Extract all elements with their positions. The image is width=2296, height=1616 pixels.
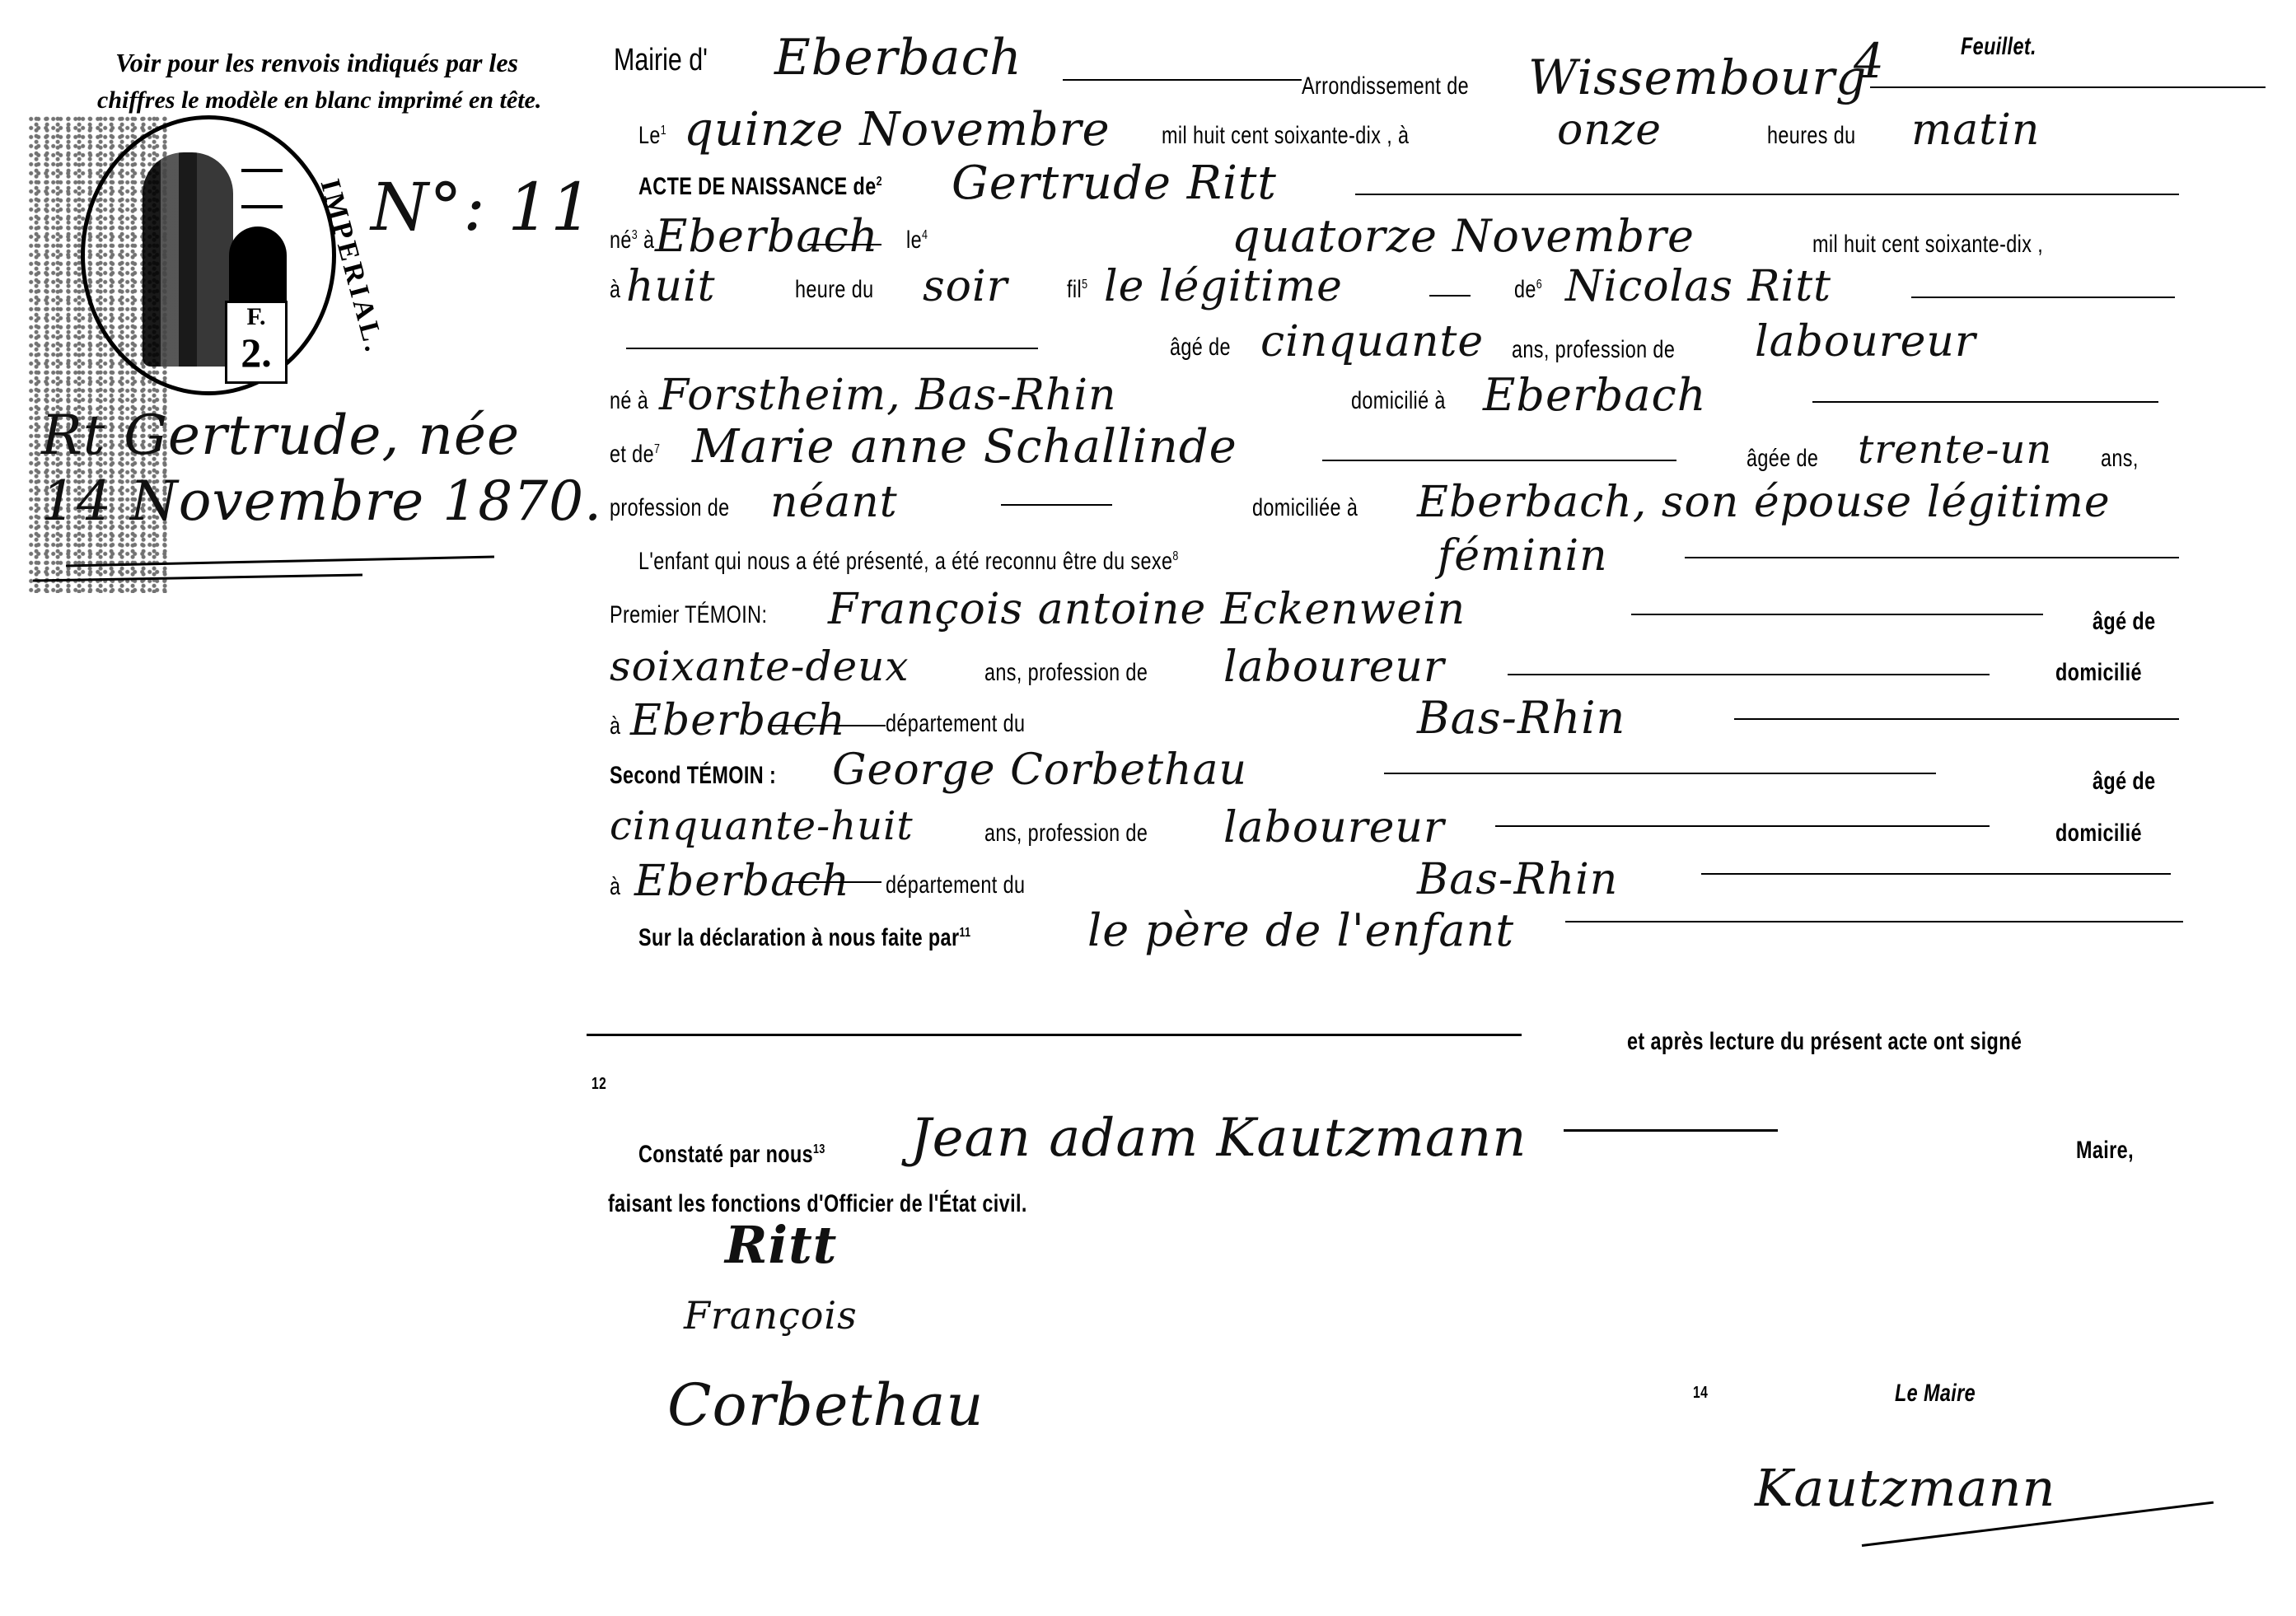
hours-value: matin [1911, 105, 2040, 155]
rule [1701, 873, 2171, 875]
witness1-dept-label: département du [886, 710, 1025, 738]
mother-age-suffix: ans, [2101, 445, 2139, 473]
child-name: Gertrude Ritt [952, 156, 1277, 210]
mairie-label: Mairie d' [614, 43, 708, 78]
witness1-age-label: âgé de [2093, 608, 2155, 636]
father-profession: laboureur [1755, 317, 1976, 367]
feuillet-value: 4 [1854, 33, 1885, 89]
maire-signature: Kautzmann [1755, 1458, 2055, 1518]
hour-value: onze [1557, 105, 1662, 155]
rule [587, 1034, 1522, 1036]
rule [1355, 194, 2179, 195]
feuillet-label: Feuillet. [1961, 33, 2036, 61]
mother-prof-label: profession de [610, 494, 730, 522]
signature-francois: François [684, 1293, 858, 1338]
born-place: Eberbach [655, 210, 879, 262]
witness2-label: Second TÉMOIN : [610, 762, 776, 790]
mother-profession: néant [770, 478, 898, 527]
marginal-note-line1: Rt Gertrude, née [41, 404, 520, 467]
born-date-label: le4 [906, 227, 928, 255]
officer-name: Jean adam Kautzmann [910, 1108, 1527, 1169]
witness2-dept: Bas-Rhin [1417, 855, 1618, 904]
born-year-text: mil huit cent soixante-dix , [1812, 231, 2043, 259]
margin-instruction-line1: Voir pour les renvois indiqués par les [115, 48, 518, 78]
scales-icon [241, 169, 283, 208]
declaration-value: le père de l'enfant [1087, 904, 1514, 956]
note-12: 12 [592, 1075, 606, 1094]
rule [1565, 921, 2183, 922]
rule [791, 881, 881, 883]
mother-age-label: âgée de [1747, 445, 1818, 473]
born-at-hour-label: à [610, 276, 620, 304]
tax-stamp: F. 2. IMPERIAL. [81, 115, 336, 395]
rule [1001, 504, 1112, 506]
year-text: mil huit cent soixante-dix , à [1162, 122, 1409, 150]
rule [1631, 614, 2043, 615]
witness1-age: soixante-deux [610, 642, 910, 690]
witness2-domicile-label: domicilié [2055, 820, 2142, 848]
witness2-profession: laboureur [1223, 803, 1445, 852]
father-prof-label: ans, profession de [1512, 336, 1675, 364]
rule [1564, 1129, 1778, 1132]
maire-label: Maire, [2076, 1137, 2134, 1165]
marginal-note-line2: 14 Novembre 1870. [41, 469, 602, 533]
arrondissement-label: Arrondissement de [1302, 72, 1469, 100]
constate-label: Constaté par nous13 [638, 1141, 825, 1169]
rule [1870, 86, 2266, 88]
signature-ritt: Ritt [725, 1215, 837, 1275]
filiation-label: fil5 [1067, 276, 1087, 304]
rule [1063, 79, 1302, 81]
witness2-name: George Corbethau [832, 745, 1247, 795]
witness1-dept: Bas-Rhin [1417, 692, 1625, 744]
signature-corbethau: Corbethau [667, 1371, 984, 1439]
note-14: 14 [1693, 1384, 1708, 1403]
rule [1685, 557, 2179, 558]
father-domicile: Eberbach [1483, 369, 1707, 421]
rule [1384, 773, 1936, 774]
witness2-age-label: âgé de [2093, 768, 2155, 796]
born-hour-label: heure du [795, 276, 874, 304]
witness1-domicile: Eberbach [630, 696, 846, 745]
fonctions-text: faisant les fonctions d'Officier de l'Ét… [608, 1190, 1027, 1218]
rule [1734, 718, 2179, 720]
witness1-name: François antoine Eckenwein [828, 585, 1466, 634]
father-age-label: âgé de [1170, 334, 1231, 362]
rule [1495, 825, 1990, 827]
rule [1322, 460, 1676, 461]
arrondissement-value: Wissembourg [1528, 49, 1867, 105]
mother-domicile-label: domiciliée à [1252, 494, 1358, 522]
filiation-value: le légitime [1104, 262, 1343, 311]
mairie-value: Eberbach [774, 29, 1022, 86]
sex-text: L'enfant qui nous a été présenté, a été … [638, 548, 1179, 576]
hours-label: heures du [1767, 122, 1856, 150]
rule [626, 348, 1038, 349]
father-label: de6 [1514, 276, 1542, 304]
witness1-label: Premier TÉMOIN: [610, 601, 767, 629]
rule [1429, 295, 1471, 297]
born-hour-value: huit [626, 262, 716, 311]
rule [1508, 674, 1990, 675]
rule [1911, 297, 2175, 298]
rule [807, 244, 881, 245]
witness2-dept-label: département du [886, 871, 1025, 899]
witness2-domicile-prefix: à [610, 873, 620, 901]
father-born-label: né à [610, 387, 648, 415]
mother-name: Marie anne Schallinde [692, 420, 1237, 474]
born-date-value: quatorze Novembre [1232, 210, 1695, 262]
witness2-prof-label: ans, profession de [984, 820, 1148, 848]
witness1-profession: laboureur [1223, 642, 1445, 692]
mother-domicile: Eberbach, son épouse légitime [1417, 478, 2111, 527]
le-maire-label: Le Maire [1895, 1380, 1976, 1408]
witness2-age: cinquante-huit [610, 803, 914, 849]
father-name: Nicolas Ritt [1565, 262, 1831, 311]
mother-age: trente-un [1858, 427, 2052, 473]
rule [770, 725, 886, 726]
witness1-domicile-label: domicilié [2055, 659, 2142, 687]
mother-label: et de7 [610, 441, 660, 469]
father-domicile-label: domicilié à [1351, 387, 1446, 415]
date-label: Le1 [638, 122, 666, 150]
father-birthplace: Forstheim, Bas-Rhin [659, 371, 1116, 420]
witness1-prof-label: ans, profession de [984, 659, 1148, 687]
acte-label: ACTE DE NAISSANCE de2 [638, 173, 882, 201]
declaration-label: Sur la déclaration à nous faite par11 [638, 924, 970, 952]
sex-value: féminin [1438, 531, 1608, 581]
signed-text: et après lecture du présent acte ont sig… [1627, 1028, 2022, 1056]
father-age: cinquante [1260, 317, 1484, 367]
eagle-icon [229, 227, 287, 301]
date-value: quinze Novembre [684, 103, 1111, 156]
rule [1812, 401, 2158, 403]
born-label: né3 à [610, 227, 654, 255]
born-time-value: soir [923, 262, 1008, 311]
act-number: N°: 11 [371, 169, 593, 245]
margin-instruction-line2: chiffres le modèle en blanc imprimé en t… [97, 86, 541, 114]
witness1-domicile-prefix: à [610, 712, 620, 740]
justice-figure-icon [143, 152, 233, 367]
stamp-value-box: F. 2. [225, 301, 288, 384]
